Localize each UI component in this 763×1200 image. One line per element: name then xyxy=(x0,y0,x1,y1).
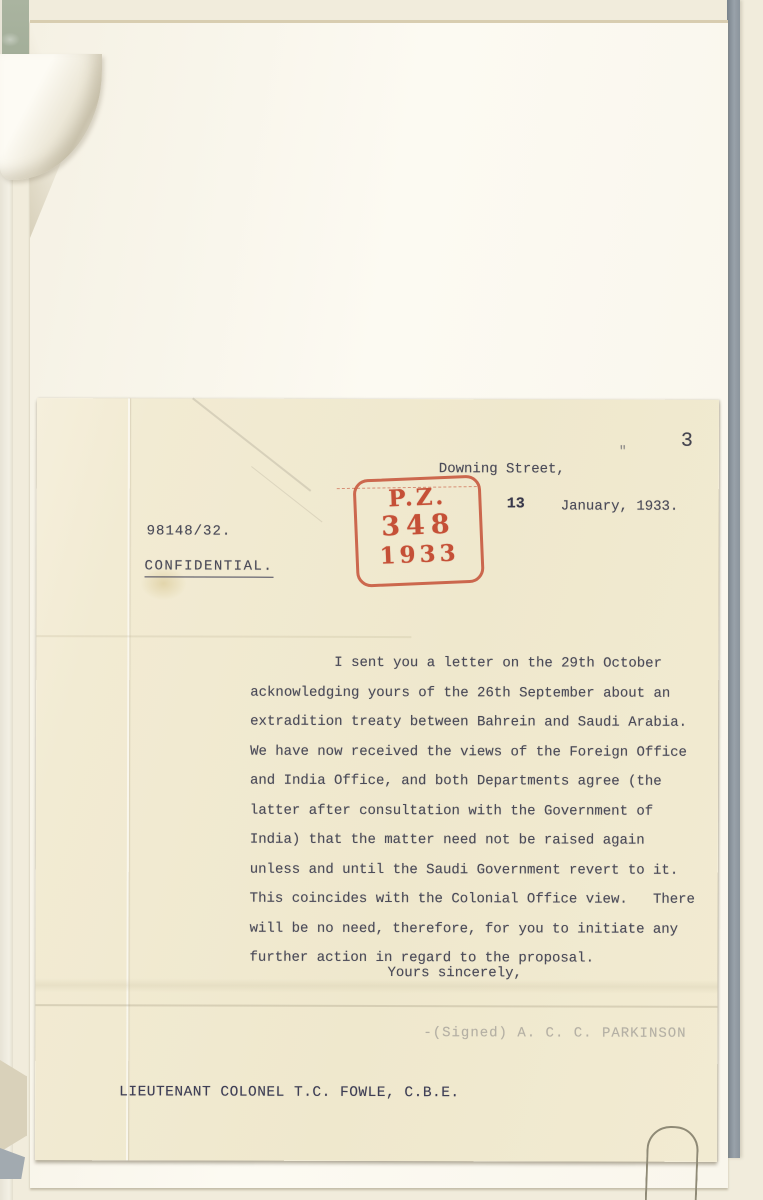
registry-stamp: P.Z. 348 1933 xyxy=(352,475,484,588)
letter-body-line: I sent you a letter on the 29th October xyxy=(250,649,695,680)
confidential-label: CONFIDENTIAL. xyxy=(145,558,274,577)
paper-crease-horizontal xyxy=(36,635,411,637)
letter-sheet: 3 " P.Z. 348 1933 Downing Street, 13 Jan… xyxy=(35,398,719,1162)
letter-body-line: and India Office, and both Departments a… xyxy=(250,767,695,798)
stray-mark: " xyxy=(619,444,627,459)
letter-body-line: unless and until the Saudi Government re… xyxy=(250,855,695,886)
letter-body-line: India) that the matter need not be raise… xyxy=(250,826,695,857)
file-reference: 98148/32. xyxy=(147,523,232,539)
stamp-year: 1933 xyxy=(358,539,481,572)
letter-body-line: acknowledging yours of the 26th Septembe… xyxy=(250,678,695,709)
paper-crease-horizontal xyxy=(35,978,717,994)
page-corner-stack-gray xyxy=(0,1148,25,1179)
letter-body-line: This coincides with the Colonial Office … xyxy=(250,885,695,916)
page-corner-stack xyxy=(0,1060,27,1152)
paper-crease-horizontal xyxy=(35,1004,717,1008)
letter-body-line: We have now received the views of the Fo… xyxy=(250,737,695,768)
page-number: 3 xyxy=(681,430,693,453)
letter-date-day: 13 xyxy=(507,495,525,512)
pencil-scuff xyxy=(192,398,311,492)
book-cover-edge xyxy=(727,0,740,1158)
binding-pages-edge xyxy=(0,0,13,1200)
archive-scan: 3 " P.Z. 348 1933 Downing Street, 13 Jan… xyxy=(0,0,763,1200)
pencil-scuff xyxy=(251,466,323,523)
letter-body: I sent you a letter on the 29th October … xyxy=(249,649,695,975)
addressee-line: LIEUTENANT COLONEL T.C. FOWLE, C.B.E. xyxy=(119,1084,459,1101)
paper-crease-vertical xyxy=(126,398,130,1160)
signature-line: -(Signed) A. C. C. PARKINSON xyxy=(423,1025,686,1042)
letter-body-line: extradition treaty between Bahrein and S… xyxy=(250,708,695,739)
letterhead-address: Downing Street, xyxy=(439,461,565,477)
letter-body-line: latter after consultation with the Gover… xyxy=(250,796,695,827)
letter-date: January, 1933. xyxy=(561,498,679,514)
wire-clip xyxy=(645,1125,700,1200)
valediction: Yours sincerely, xyxy=(387,965,521,981)
letter-body-line: will be no need, therefore, for you to i… xyxy=(250,914,695,945)
